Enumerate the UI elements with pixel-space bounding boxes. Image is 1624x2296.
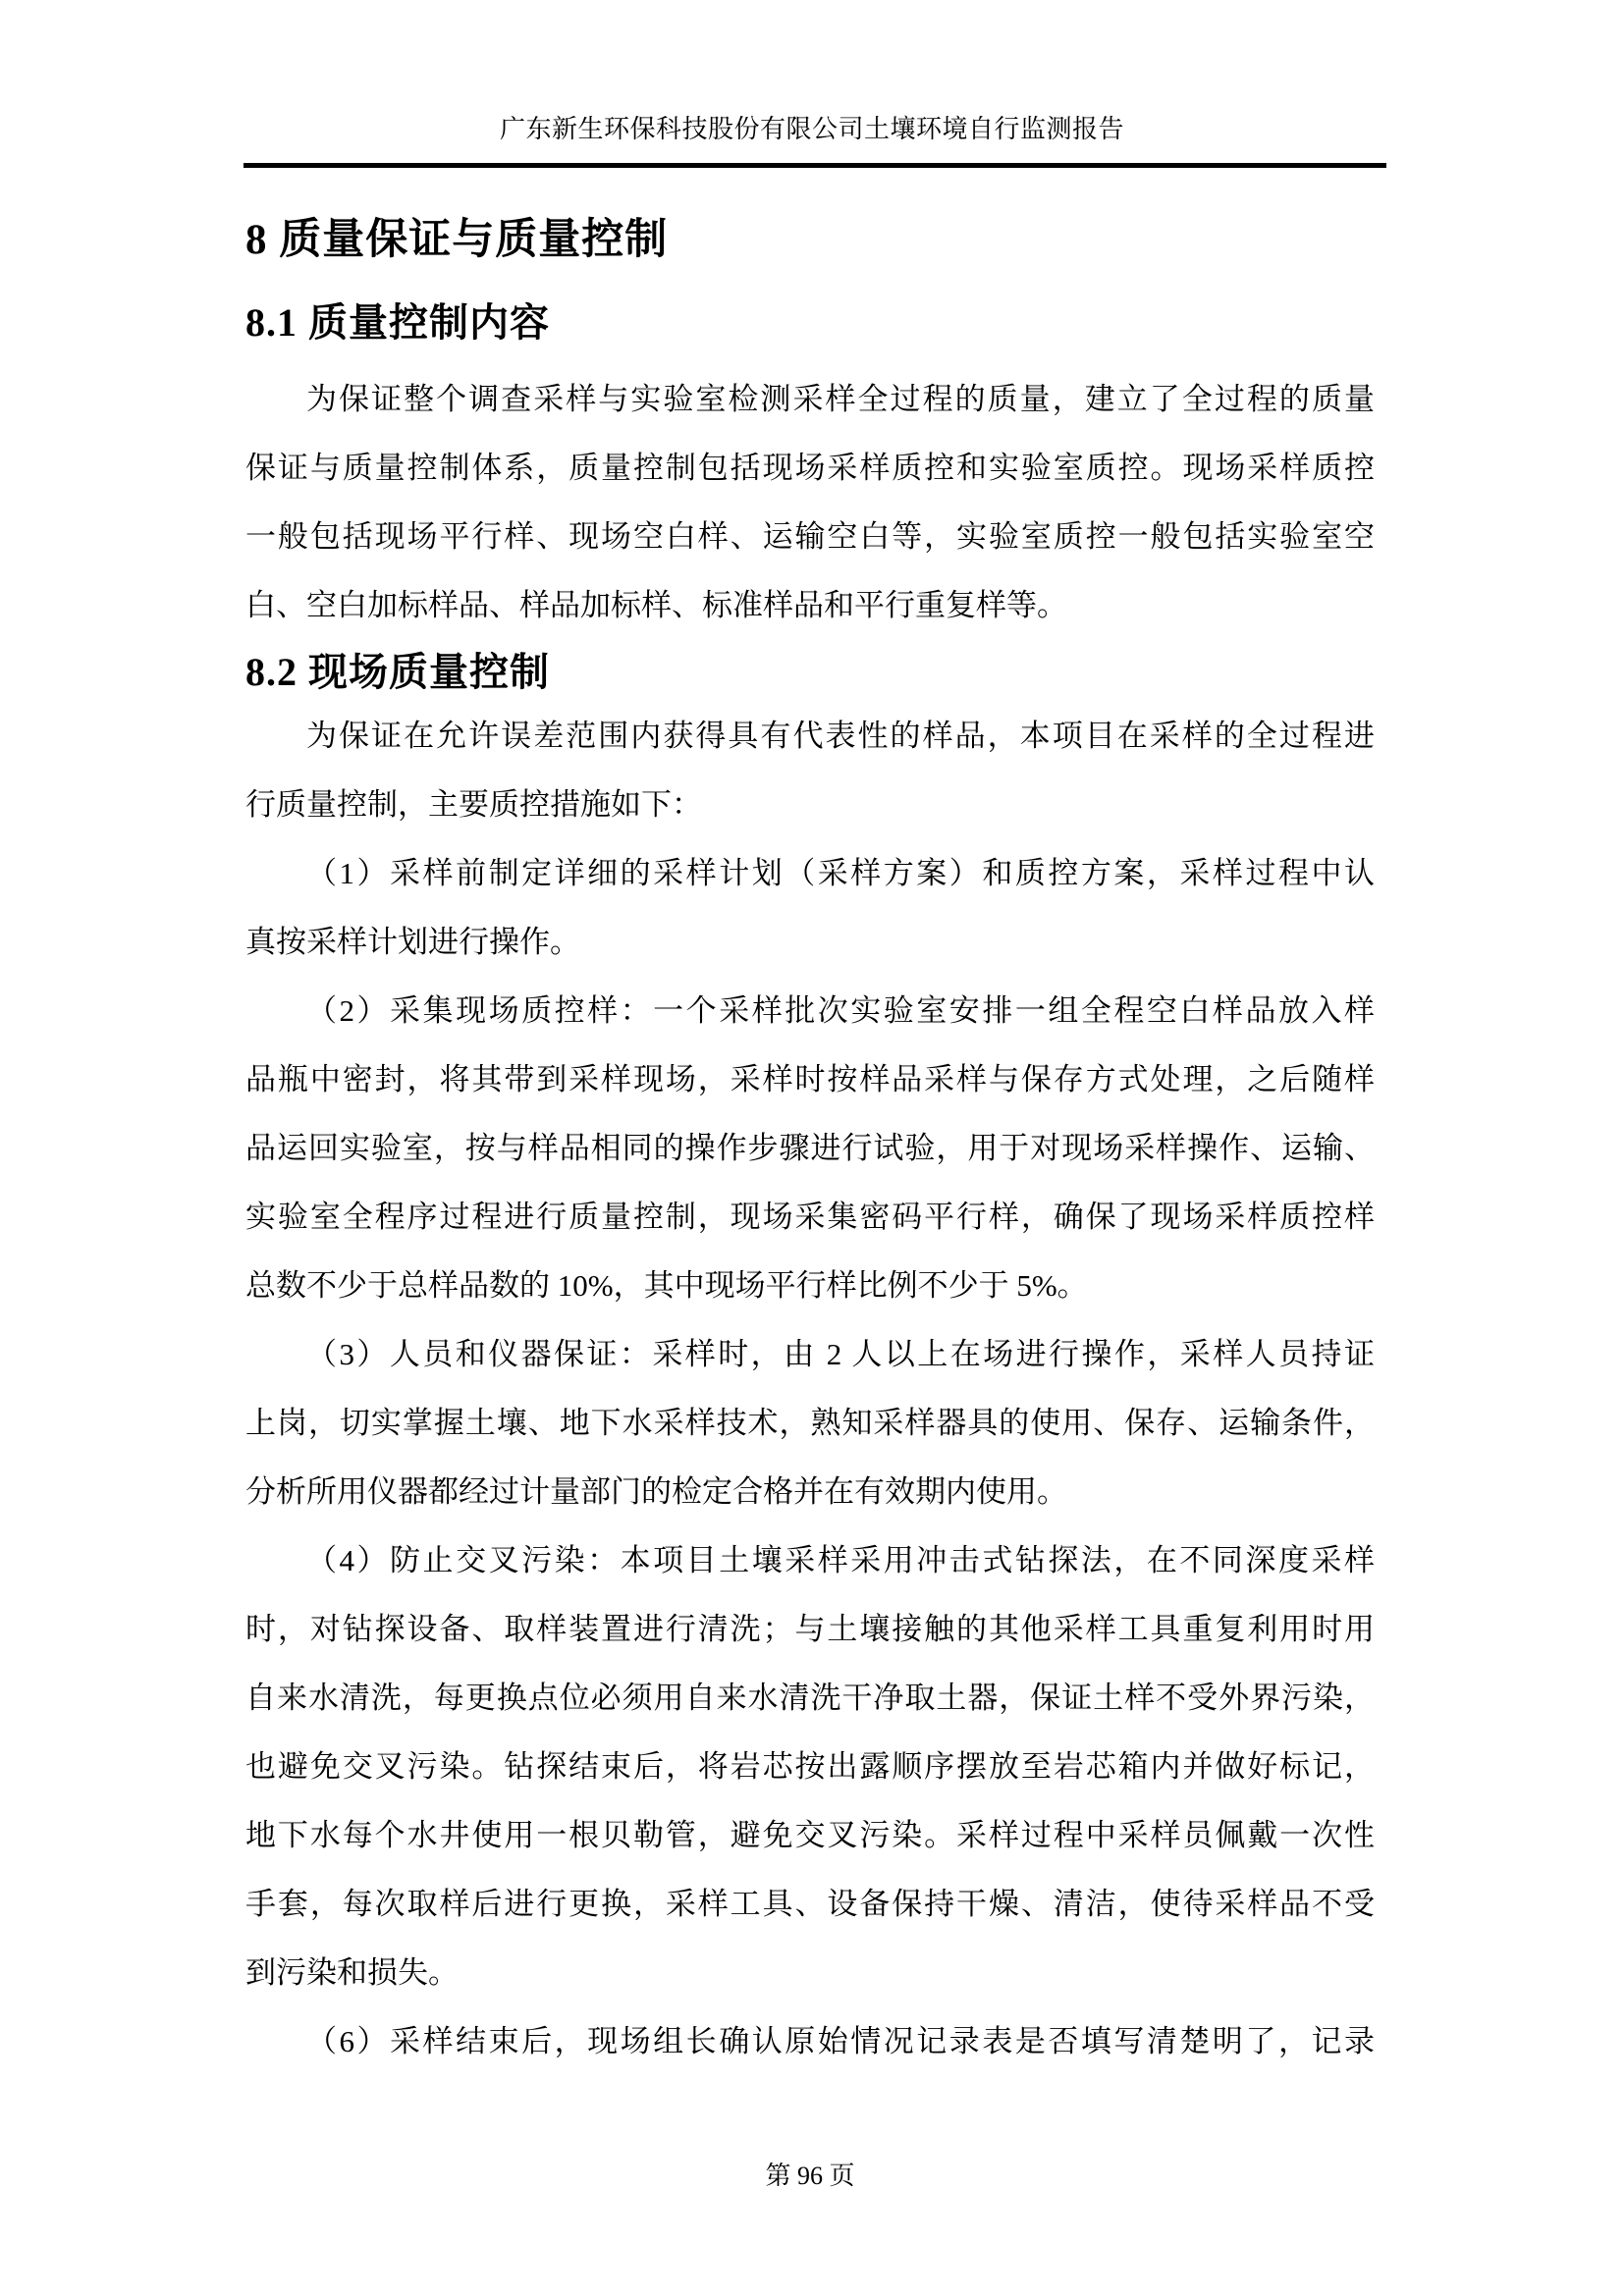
text-line: 自来水清洗，每更换点位必须用自来水清洗干净取土器，保证土样不受外界污染， <box>245 1664 1375 1733</box>
text-line: 保证与质量控制体系，质量控制包括现场采样质控和实验室质控。现场采样质控 <box>245 434 1375 503</box>
text-line: 品运回实验室，按与样品相同的操作步骤进行试验，用于对现场采样操作、运输、 <box>245 1114 1375 1183</box>
text-line: （3）人员和仪器保证：采样时，由 2 人以上在场进行操作，采样人员持证 <box>245 1320 1375 1389</box>
text-line: 白、空白加标样品、样品加标样、标准样品和平行重复样等。 <box>245 571 1375 640</box>
text-line: 分析所用仪器都经过计量部门的检定合格并在有效期内使用。 <box>245 1458 1375 1526</box>
text-line: 实验室全程序过程进行质量控制，现场采集密码平行样，确保了现场采样质控样 <box>245 1183 1375 1252</box>
text-line: 上岗，切实掌握土壤、地下水采样技术，熟知采样器具的使用、保存、运输条件， <box>245 1389 1375 1458</box>
header-rule <box>244 163 1386 168</box>
paragraph-item-1: （1）采样前制定详细的采样计划（采样方案）和质控方案，采样过程中认 真按采样计划… <box>245 839 1375 977</box>
text-line: 品瓶中密封，将其带到采样现场，采样时按样品采样与保存方式处理，之后随样 <box>245 1045 1375 1114</box>
text-line: 手套，每次取样后进行更换，采样工具、设备保持干燥、清洁，使待采样品不受 <box>245 1870 1375 1939</box>
text-line: 为保证整个调查采样与实验室检测采样全过程的质量，建立了全过程的质量 <box>245 365 1375 434</box>
paragraph-field-qc-intro: 为保证在允许误差范围内获得具有代表性的样品，本项目在采样的全过程进 行质量控制，… <box>245 702 1375 839</box>
section-heading: 8 质量保证与质量控制 <box>245 215 1375 266</box>
text-line: 行质量控制，主要质控措施如下： <box>245 771 1375 839</box>
text-line: （4）防止交叉污染：本项目土壤采样采用冲击式钻探法，在不同深度采样 <box>245 1526 1375 1595</box>
text-line: 为保证在允许误差范围内获得具有代表性的样品，本项目在采样的全过程进 <box>245 702 1375 771</box>
subsection-heading-1: 8.1 质量控制内容 <box>245 298 1375 347</box>
paragraph-item-6: （6）采样结束后，现场组长确认原始情况记录表是否填写清楚明了，记录 <box>245 2007 1375 2076</box>
report-header-title: 广东新生环保科技股份有限公司土壤环境自行监测报告 <box>245 0 1379 145</box>
text-line: 时，对钻探设备、取样装置进行清洗；与土壤接触的其他采样工具重复利用时用 <box>245 1595 1375 1664</box>
text-line: 一般包括现场平行样、现场空白样、运输空白等，实验室质控一般包括实验室空 <box>245 503 1375 571</box>
text-line: 总数不少于总样品数的 10%，其中现场平行样比例不少于 5%。 <box>245 1252 1375 1320</box>
paragraph-quality-control-overview: 为保证整个调查采样与实验室检测采样全过程的质量，建立了全过程的质量 保证与质量控… <box>245 365 1375 640</box>
paragraph-item-4: （4）防止交叉污染：本项目土壤采样采用冲击式钻探法，在不同深度采样 时，对钻探设… <box>245 1526 1375 2007</box>
text-line: 也避免交叉污染。钻探结束后，将岩芯按出露顺序摆放至岩芯箱内并做好标记， <box>245 1733 1375 1801</box>
text-line: （2）采集现场质控样：一个采样批次实验室安排一组全程空白样品放入样 <box>245 977 1375 1045</box>
text-line: 真按采样计划进行操作。 <box>245 908 1375 977</box>
text-line: 地下水每个水井使用一根贝勒管，避免交叉污染。采样过程中采样员佩戴一次性 <box>245 1801 1375 1870</box>
text-line: 到污染和损失。 <box>245 1939 1375 2007</box>
page-number: 第 96 页 <box>765 2162 854 2190</box>
paragraph-item-3: （3）人员和仪器保证：采样时，由 2 人以上在场进行操作，采样人员持证 上岗，切… <box>245 1320 1375 1526</box>
document-page: 广东新生环保科技股份有限公司土壤环境自行监测报告 8 质量保证与质量控制 8.1… <box>0 0 1624 2296</box>
page-footer: 第 96 页 <box>245 2161 1375 2192</box>
text-line: （6）采样结束后，现场组长确认原始情况记录表是否填写清楚明了，记录 <box>245 2007 1375 2076</box>
page-content: 8 质量保证与质量控制 8.1 质量控制内容 为保证整个调查采样与实验室检测采样… <box>245 215 1375 2076</box>
subsection-heading-2: 8.2 现场质量控制 <box>245 648 1375 697</box>
text-line: （1）采样前制定详细的采样计划（采样方案）和质控方案，采样过程中认 <box>245 839 1375 908</box>
paragraph-item-2: （2）采集现场质控样：一个采样批次实验室安排一组全程空白样品放入样 品瓶中密封，… <box>245 977 1375 1320</box>
